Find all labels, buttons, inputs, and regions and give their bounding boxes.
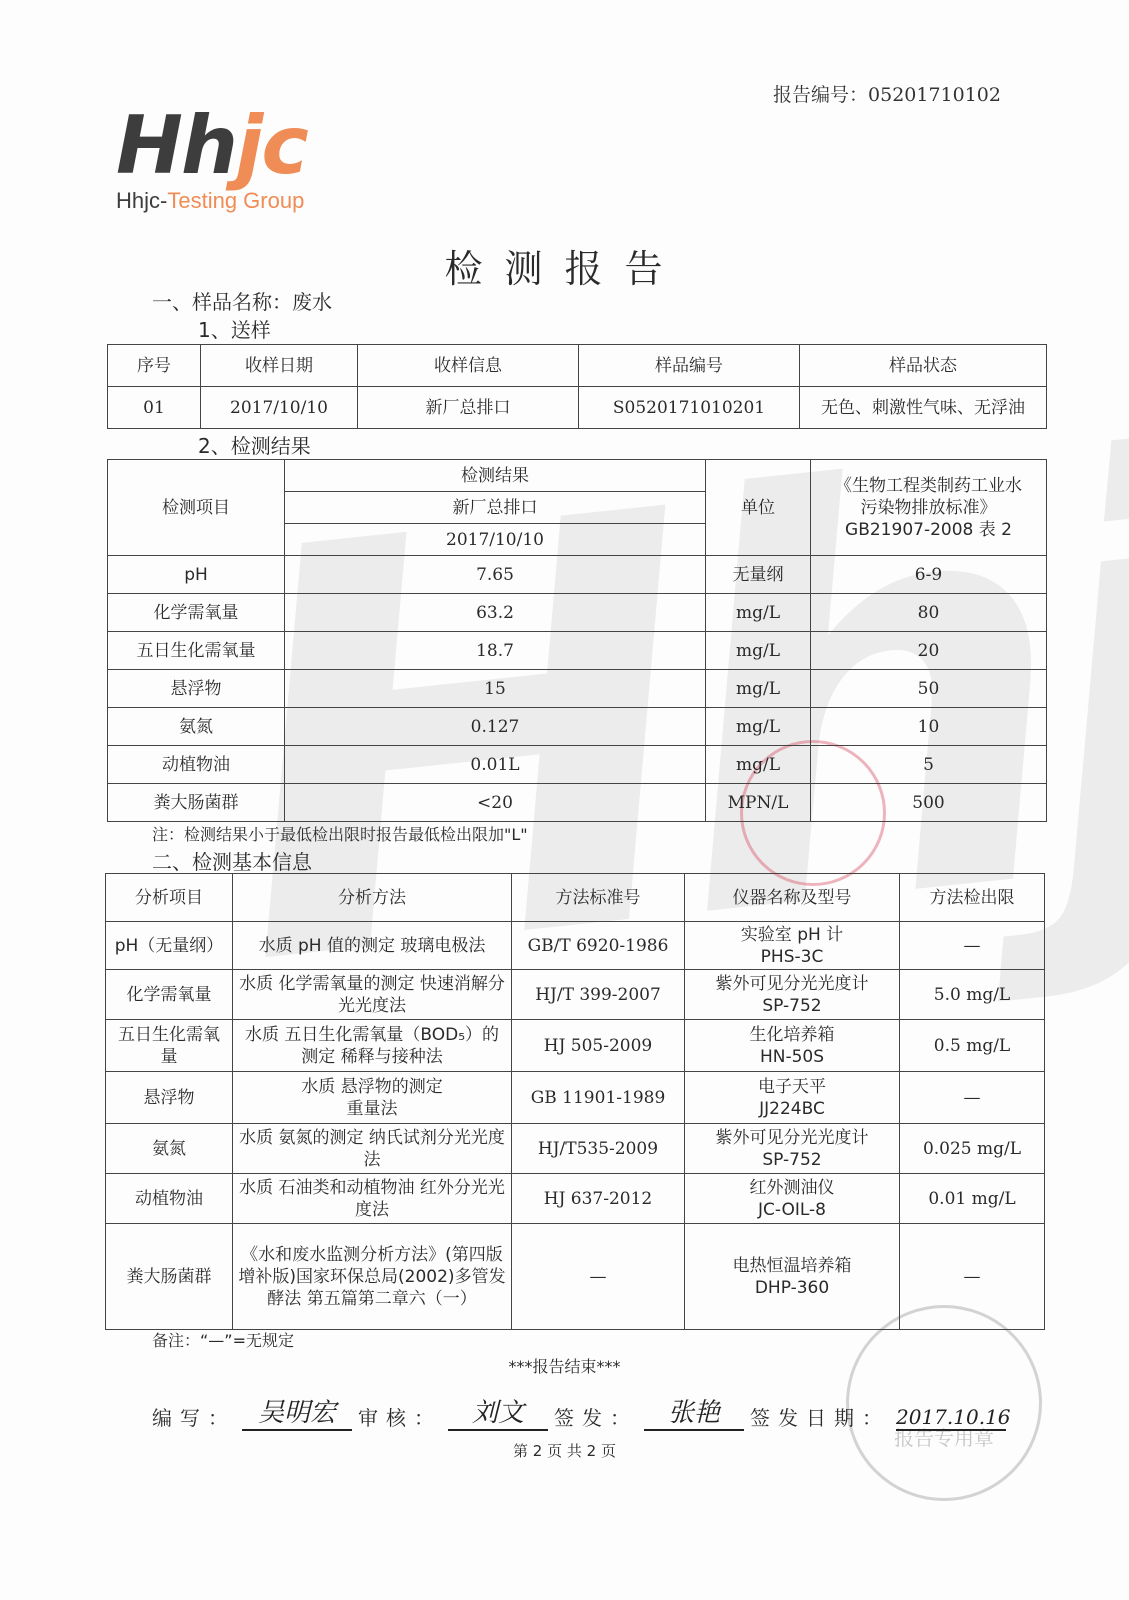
cell: 粪大肠菌群 (106, 1224, 233, 1330)
cell: 动植物油 (108, 746, 285, 784)
submission-subheading: 1、送样 (198, 314, 271, 343)
cell: 实验室 pH 计 PHS-3C (685, 922, 900, 970)
cell: 10 (811, 708, 1047, 746)
cell: mg/L (706, 708, 811, 746)
logo-text-dark: Hh (116, 99, 236, 192)
cell: 20 (811, 632, 1047, 670)
cell: 无色、刺激性气味、无浮油 (800, 387, 1047, 429)
table-row: pH（无量纲）水质 pH 值的测定 玻璃电极法GB/T 6920-1986实验室… (106, 922, 1045, 970)
cell: — (900, 1072, 1045, 1124)
issue-date-value: 2017.10.16 (896, 1405, 1006, 1431)
cell: — (900, 1224, 1045, 1330)
table-row: 五日生化需氧量水质 五日生化需氧量（BOD₅）的测定 稀释与接种法HJ 505-… (106, 1020, 1045, 1072)
cell: 5.0 mg/L (900, 970, 1045, 1020)
cell: 水质 五日生化需氧量（BOD₅）的测定 稀释与接种法 (233, 1020, 512, 1072)
cell: mg/L (706, 594, 811, 632)
issue-date-label: 签发日期： (750, 1402, 890, 1431)
logo-sub-orange: Testing Group (167, 188, 304, 213)
cell: 五日生化需氧量 (108, 632, 285, 670)
cell: mg/L (706, 632, 811, 670)
writer-signature: 吴明宏 (242, 1392, 352, 1431)
table-row: 氨氮水质 氨氮的测定 纳氏试剂分光光度法HJ/T535-2009紫外可见分光光度… (106, 1124, 1045, 1174)
cell: 500 (811, 784, 1047, 822)
col-header: 分析项目 (106, 874, 233, 922)
cell: 15 (285, 670, 706, 708)
cell: HJ 637-2012 (512, 1174, 685, 1224)
cell: 2017/10/10 (201, 387, 358, 429)
document-title: 检测报告 (0, 238, 1129, 293)
reviewer-signature: 刘文 (448, 1392, 548, 1431)
cell: 80 (811, 594, 1047, 632)
cell: 无量纲 (706, 556, 811, 594)
col-header-location: 新厂总排口 (285, 492, 706, 524)
cell: 氨氮 (108, 708, 285, 746)
results-subheading: 2、检测结果 (198, 430, 311, 459)
cell: 电子天平 JJ224BC (685, 1072, 900, 1124)
cell: 水质 氨氮的测定 纳氏试剂分光光度法 (233, 1124, 512, 1174)
cell: 0.01 mg/L (900, 1174, 1045, 1224)
col-header: 分析方法 (233, 874, 512, 922)
cell: 红外测油仪 JC-OIL-8 (685, 1174, 900, 1224)
cell: 6-9 (811, 556, 1047, 594)
table-row: 粪大肠菌群<20MPN/L500 (108, 784, 1047, 822)
cell: mg/L (706, 746, 811, 784)
signature-row: 编写： 吴明宏 审核： 刘文 签发： 张艳 签发日期： 2017.10.16 (152, 1392, 1012, 1431)
table-row: 化学需氧量水质 化学需氧量的测定 快速消解分光光度法HJ/T 399-2007紫… (106, 970, 1045, 1020)
cell: HJ/T535-2009 (512, 1124, 685, 1174)
table-row: 粪大肠菌群《水和废水监测分析方法》(第四版增补版)国家环保总局(2002)多管发… (106, 1224, 1045, 1330)
cell: 悬浮物 (108, 670, 285, 708)
table-row: 动植物油水质 石油类和动植物油 红外分光光度法HJ 637-2012红外测油仪 … (106, 1174, 1045, 1224)
basic-info-table: 分析项目 分析方法 方法标准号 仪器名称及型号 方法检出限 pH（无量纲）水质 … (105, 873, 1045, 1330)
issuer-signature: 张艳 (644, 1392, 744, 1431)
col-header-date: 2017/10/10 (285, 524, 706, 556)
col-header-result: 检测结果 (285, 460, 706, 492)
cell: 氨氮 (106, 1124, 233, 1174)
sample-table: 序号 收样日期 收样信息 样品编号 样品状态 01 2017/10/10 新厂总… (107, 344, 1047, 429)
col-header: 收样信息 (358, 345, 579, 387)
cell: MPN/L (706, 784, 811, 822)
logo-sub-dark: Hhjc- (116, 188, 167, 213)
report-number-label: 报告编号： (773, 84, 868, 106)
cell: 粪大肠菌群 (108, 784, 285, 822)
table-row: 氨氮0.127mg/L10 (108, 708, 1047, 746)
cell: 化学需氧量 (106, 970, 233, 1020)
cell: 0.127 (285, 708, 706, 746)
cell: 电热恒温培养箱 DHP-360 (685, 1224, 900, 1330)
col-header: 收样日期 (201, 345, 358, 387)
cell: 7.65 (285, 556, 706, 594)
table-row: 动植物油0.01Lmg/L5 (108, 746, 1047, 784)
cell: HJ 505-2009 (512, 1020, 685, 1072)
cell: 01 (108, 387, 201, 429)
basic-info-heading: 二、检测基本信息 (152, 846, 312, 875)
col-header: 样品编号 (579, 345, 800, 387)
cell: 新厂总排口 (358, 387, 579, 429)
cell: 0.5 mg/L (900, 1020, 1045, 1072)
cell: 5 (811, 746, 1047, 784)
table-row: 01 2017/10/10 新厂总排口 S0520171010201 无色、刺激… (108, 387, 1047, 429)
cell: S0520171010201 (579, 387, 800, 429)
table-row: 五日生化需氧量18.7mg/L20 (108, 632, 1047, 670)
cell: 水质 化学需氧量的测定 快速消解分光光度法 (233, 970, 512, 1020)
writer-label: 编写： (152, 1402, 236, 1431)
cell: HJ/T 399-2007 (512, 970, 685, 1020)
cell: 生化培养箱 HN-50S (685, 1020, 900, 1072)
results-table: 检测项目 检测结果 单位 《生物工程类制药工业水污染物排放标准》GB21907-… (107, 459, 1047, 822)
cell: pH (108, 556, 285, 594)
cell: 50 (811, 670, 1047, 708)
cell: <20 (285, 784, 706, 822)
col-header-item: 检测项目 (108, 460, 285, 556)
cell: GB/T 6920-1986 (512, 922, 685, 970)
col-header: 序号 (108, 345, 201, 387)
company-logo: Hhjc Hhjc-Testing Group (116, 106, 307, 214)
cell: 0.01L (285, 746, 706, 784)
remark: 备注：“—”=无规定 (152, 1328, 294, 1351)
cell: pH（无量纲） (106, 922, 233, 970)
cell: 63.2 (285, 594, 706, 632)
report-number: 报告编号：05201710102 (773, 80, 1001, 107)
table-row: pH7.65无量纲6-9 (108, 556, 1047, 594)
cell: — (512, 1224, 685, 1330)
cell: 化学需氧量 (108, 594, 285, 632)
col-header: 方法标准号 (512, 874, 685, 922)
cell: 五日生化需氧量 (106, 1020, 233, 1072)
reviewer-label: 审核： (358, 1402, 442, 1431)
page-number: 第 2 页 共 2 页 (0, 1440, 1129, 1461)
cell: 水质 石油类和动植物油 红外分光光度法 (233, 1174, 512, 1224)
table-row: 悬浮物15mg/L50 (108, 670, 1047, 708)
cell: 紫外可见分光光度计 SP-752 (685, 970, 900, 1020)
col-header: 样品状态 (800, 345, 1047, 387)
report-number-value: 05201710102 (868, 84, 1001, 106)
table-row: 悬浮物水质 悬浮物的测定 重量法GB 11901-1989电子天平 JJ224B… (106, 1072, 1045, 1124)
cell: 动植物油 (106, 1174, 233, 1224)
table-row: 化学需氧量63.2mg/L80 (108, 594, 1047, 632)
cell: GB 11901-1989 (512, 1072, 685, 1124)
report-end-marker: ***报告结束*** (0, 1354, 1129, 1377)
cell: 18.7 (285, 632, 706, 670)
sample-name-heading: 一、样品名称：废水 (152, 286, 332, 315)
issuer-label: 签发： (554, 1402, 638, 1431)
col-header: 方法检出限 (900, 874, 1045, 922)
cell: — (900, 922, 1045, 970)
logo-text-orange: jc (236, 99, 307, 192)
cell: mg/L (706, 670, 811, 708)
cell: 水质 悬浮物的测定 重量法 (233, 1072, 512, 1124)
col-header-unit: 单位 (706, 460, 811, 556)
results-note: 注：检测结果小于最低检出限时报告最低检出限加"L" (152, 822, 528, 845)
cell: 悬浮物 (106, 1072, 233, 1124)
cell: 水质 pH 值的测定 玻璃电极法 (233, 922, 512, 970)
cell: 0.025 mg/L (900, 1124, 1045, 1174)
col-header-standard: 《生物工程类制药工业水污染物排放标准》GB21907-2008 表 2 (811, 460, 1047, 556)
col-header: 仪器名称及型号 (685, 874, 900, 922)
cell: 《水和废水监测分析方法》(第四版增补版)国家环保总局(2002)多管发酵法 第五… (233, 1224, 512, 1330)
cell: 紫外可见分光光度计 SP-752 (685, 1124, 900, 1174)
